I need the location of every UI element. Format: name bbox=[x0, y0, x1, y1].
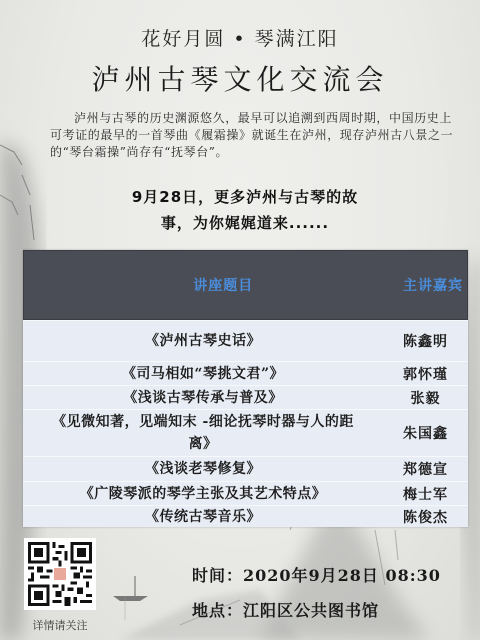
lecture-topic: 《泸州古琴史话》 bbox=[23, 330, 383, 352]
table-row: 《司马相如“琴挑文君”》 郭怀瑾 bbox=[23, 361, 468, 385]
lecture-speaker: 郭怀瑾 bbox=[383, 364, 468, 384]
lecture-topic: 《司马相如“琴挑文君”》 bbox=[23, 363, 383, 385]
table-row: 《广陵琴派的琴学主张及其艺术特点》 梅士军 bbox=[23, 481, 468, 505]
qr-code-icon[interactable] bbox=[24, 538, 96, 610]
lecture-speaker: 梅士军 bbox=[383, 484, 468, 504]
lecture-speaker: 陈俊杰 bbox=[383, 507, 468, 527]
column-header-topic: 讲座题目 bbox=[24, 275, 382, 295]
lecture-speaker: 张毅 bbox=[383, 388, 468, 408]
lecture-table: 讲座题目 主讲嘉宾 《泸州古琴史话》 陈鑫明 《司马相如“琴挑文君”》 郭怀瑾 … bbox=[23, 250, 468, 527]
event-place: 地点：江阳区公共图书馆 bbox=[192, 598, 379, 621]
table-row: 《泸州古琴史话》 陈鑫明 bbox=[23, 320, 468, 361]
intro-paragraph: 泸州与古琴的历史渊源悠久，最早可以追溯到西周时期，中国历史上可考证的最早的一首琴… bbox=[50, 110, 460, 161]
lecture-topic: 《传统古琴音乐》 bbox=[23, 506, 383, 528]
table-row: 《浅谈古琴传承与普及》 张毅 bbox=[23, 385, 468, 409]
event-time: 时间：2020年9月28日 08:30 bbox=[192, 563, 441, 586]
lecture-speaker: 郑德宣 bbox=[383, 459, 468, 479]
qr-caption: 详情请关注 bbox=[14, 617, 106, 633]
tagline-line-2: 事，为你娓娓道来...... bbox=[100, 210, 390, 236]
lecture-topic: 《浅谈古琴传承与普及》 bbox=[23, 387, 383, 409]
lecture-speaker: 朱国鑫 bbox=[383, 423, 468, 443]
tagline-line-1: 9月28日，更多泸州与古琴的故 bbox=[100, 184, 390, 210]
poster-subtitle: 花好月圆 • 琴满江阳 bbox=[0, 24, 480, 51]
poster-title: 泸州古琴文化交流会 bbox=[0, 58, 480, 98]
lecture-topic: 《浅谈老琴修复》 bbox=[23, 458, 383, 480]
table-row: 《见微知著，见端知末 -细论抚琴时器与人的距离》 朱国鑫 bbox=[23, 409, 468, 456]
table-row: 《浅谈老琴修复》 郑德宣 bbox=[23, 456, 468, 481]
column-header-speaker: 主讲嘉宾 bbox=[382, 275, 467, 295]
lecture-topic: 《广陵琴派的琴学主张及其艺术特点》 bbox=[23, 483, 383, 505]
tagline: 9月28日，更多泸州与古琴的故 事，为你娓娓道来...... bbox=[100, 184, 390, 236]
lecture-speaker: 陈鑫明 bbox=[383, 331, 468, 351]
table-row: 《传统古琴音乐》 陈俊杰 bbox=[23, 505, 468, 527]
lecture-topic: 《见微知著，见端知末 -细论抚琴时器与人的距离》 bbox=[23, 411, 383, 455]
table-header: 讲座题目 主讲嘉宾 bbox=[23, 250, 468, 320]
